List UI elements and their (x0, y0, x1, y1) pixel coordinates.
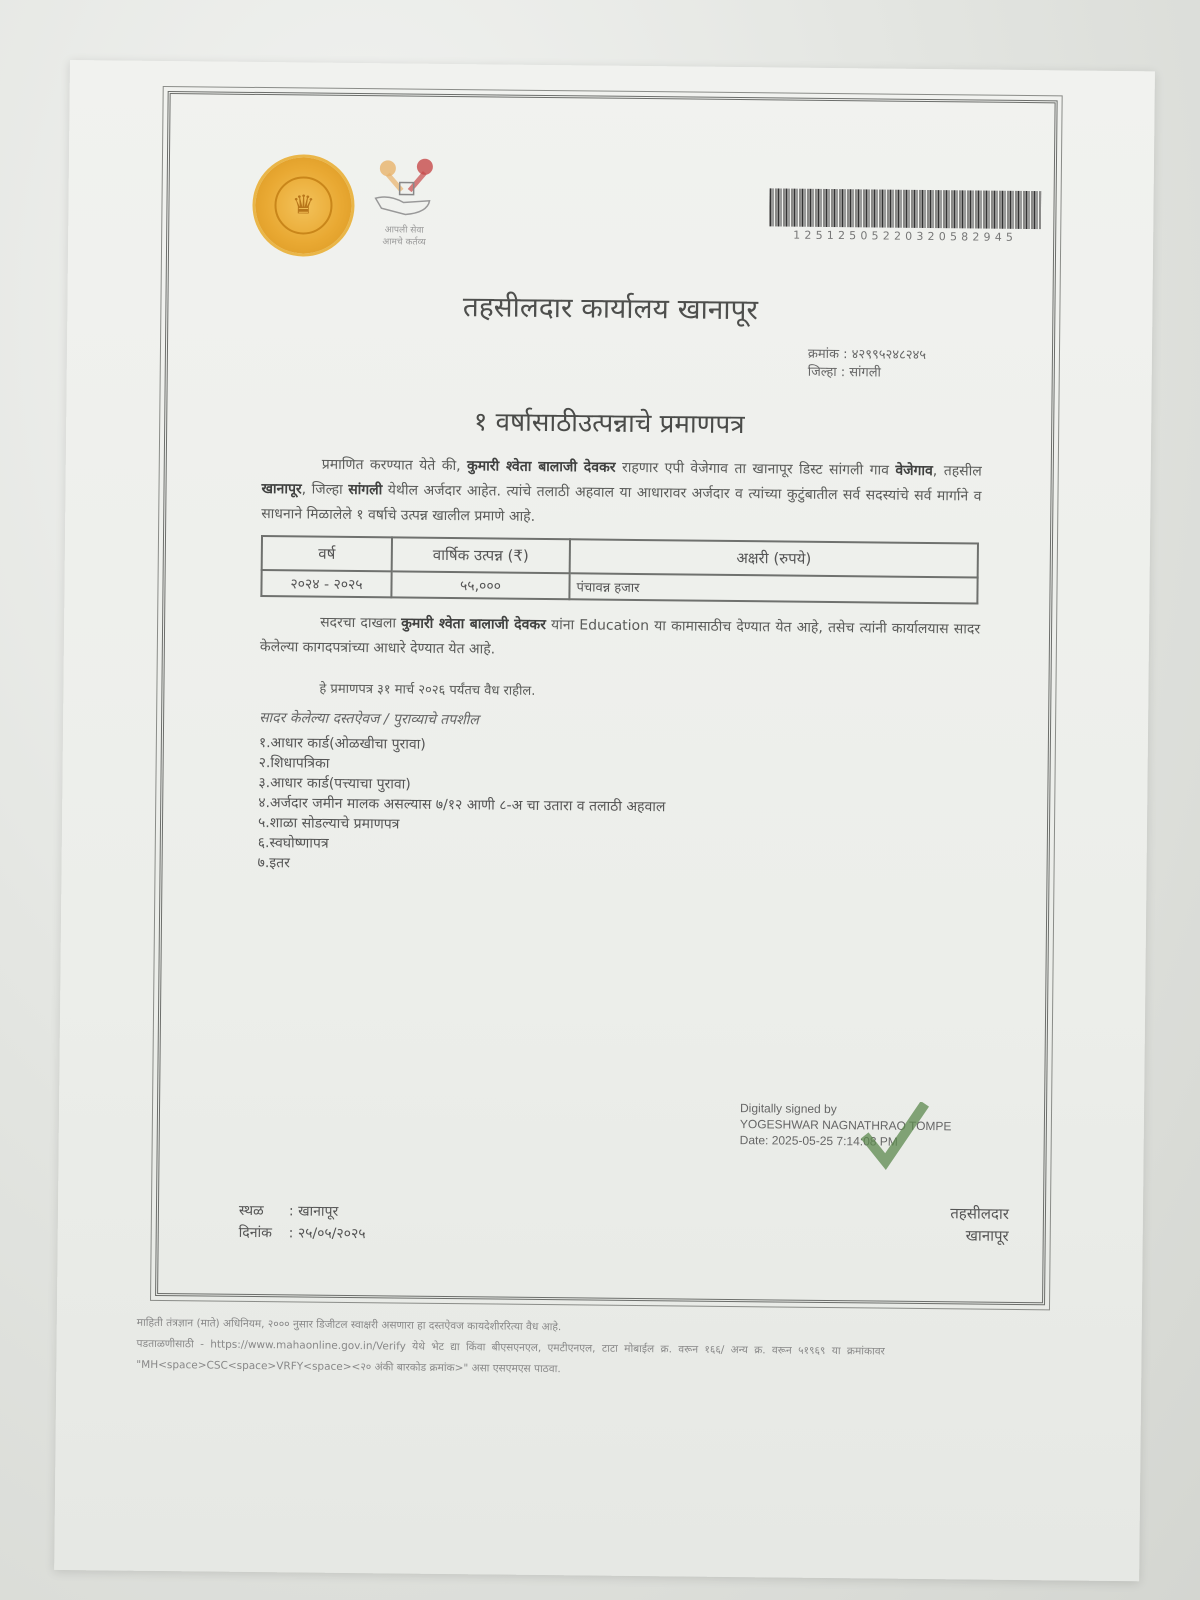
tahsil-name: खानापूर (261, 481, 301, 497)
district-name: सांगली (348, 482, 382, 498)
income-year: २०२४ - २०२५ (261, 570, 391, 597)
service-hand-icon (369, 154, 440, 225)
authority-block: तहसीलदार खानापूर (909, 1202, 1009, 1247)
list-item: ६.स्वघोष्णापत्र (258, 833, 665, 857)
certificate-paper: ♛ आपली सेवा आमचे कर्तव्य 125125052203205… (54, 60, 1155, 1581)
district-label: जिल्हा : सांगली (808, 364, 926, 383)
reference-block: क्रमांक : ४२९९५२४८२४५ जिल्हा : सांगली (808, 346, 926, 383)
authority-location: खानापूर (909, 1224, 1009, 1247)
barcode: 12512505220320582945 (769, 188, 1042, 244)
certificate-frame: ♛ आपली सेवा आमचे कर्तव्य 125125052203205… (155, 91, 1058, 1305)
village-name: वेजेगाव (895, 463, 933, 479)
date-value: : २५/०५/२०२५ (289, 1225, 366, 1242)
validity-statement: हे प्रमाणपत्र ३१ मार्च २०२६ पर्यंतच वैध … (319, 679, 535, 699)
place-date-block: स्थळ: खानापूर दिनांक: २५/०५/२०२५ (239, 1200, 366, 1245)
office-title: तहसीलदार कार्यालय खानापूर (168, 284, 1052, 331)
barcode-bars (769, 188, 1041, 229)
col-amount-in-words: अक्षरी (रुपये) (570, 539, 978, 577)
reference-number: क्रमांक : ४२९९५२४८२४५ (808, 346, 926, 365)
place-value: : खानापूर (289, 1203, 338, 1220)
signature-valid-check-icon (859, 1101, 930, 1172)
aapli-seva-logo: आपली सेवा आमचे कर्तव्य (364, 154, 445, 260)
authority-title: तहसीलदार (909, 1202, 1009, 1225)
applicant-name: कुमारी श्वेता बालाजी देवकर (401, 615, 546, 633)
documents-list: १.आधार कार्ड(ओळखीचा पुरावा) २.शिधापत्रिक… (257, 733, 666, 877)
income-amount: ५५,००० (391, 571, 569, 599)
certificate-title: १ वर्षासाठीउत्पन्नाचे प्रमाणपत्र (167, 399, 1051, 444)
maharashtra-seal-icon: ♛ (255, 157, 352, 254)
income-table: वर्ष वार्षिक उत्पन्न (₹) अक्षरी (रुपये) … (260, 535, 979, 605)
digital-signature: Digitally signed by YOGESHWAR NAGNATHRAO… (740, 1100, 952, 1150)
certification-paragraph: प्रमाणित करण्यात येते की, कुमारी श्वेता … (261, 452, 982, 535)
income-words: पंचावन्न हजार (569, 573, 977, 603)
list-item: ७.इतर (257, 853, 664, 877)
verification-footer: माहिती तंत्रज्ञान (माते) अधिनियम, २००० न… (136, 1313, 1087, 1386)
barcode-number: 12512505220320582945 (769, 228, 1041, 244)
applicant-name: कुमारी श्वेता बालाजी देवकर (467, 458, 616, 476)
documents-heading: सादर केलेल्या दस्तऐवज / पुराव्याचे तपशील (259, 708, 479, 729)
col-year: वर्ष (262, 536, 392, 571)
purpose-paragraph: सदरचा दाखला कुमारी श्वेता बालाजी देवकर य… (260, 610, 980, 668)
col-annual-income: वार्षिक उत्पन्न (₹) (392, 537, 570, 573)
